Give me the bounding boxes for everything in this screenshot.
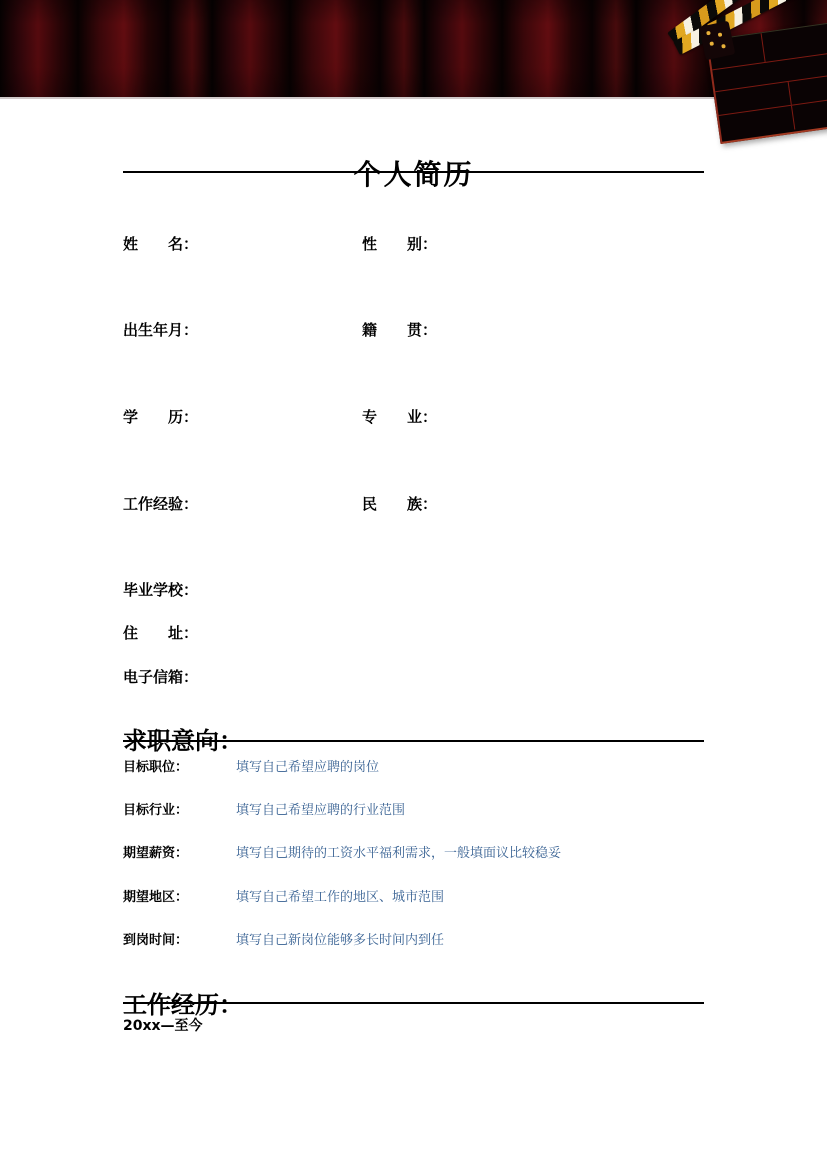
job-intention-divider <box>123 740 704 742</box>
field-label-birthdate: 出生年月： <box>123 319 198 340</box>
section-heading-job-intention: 求职意向： <box>123 721 243 756</box>
hinge-screw-icon <box>718 32 723 37</box>
clapperboard-divider <box>760 33 765 62</box>
clapperboard-divider <box>791 106 795 130</box>
work-history-entry-period: 20xx—至今 <box>123 1015 203 1035</box>
field-label-ethnicity: 民 族： <box>362 493 437 514</box>
work-history-divider <box>123 1002 704 1004</box>
field-label-school: 毕业学校： <box>123 579 198 600</box>
field-label-email: 电子信箱： <box>123 666 198 687</box>
ji-value-start-time: 填写自己新岗位能够多长时间内到任 <box>236 929 444 948</box>
field-label-address: 住 址： <box>123 622 198 643</box>
field-label-gender: 性 别： <box>362 233 437 254</box>
field-label-experience: 工作经验： <box>123 493 198 514</box>
title-divider <box>123 171 704 173</box>
ji-label-target-industry: 目标行业： <box>123 799 188 818</box>
clapperboard-divider <box>787 82 791 105</box>
ji-label-target-position: 目标职位： <box>123 756 188 775</box>
field-label-education: 学 历： <box>123 406 198 427</box>
ji-value-expected-salary: 填写自己期待的工资水平福利需求，一般填面议比较稳妥 <box>236 842 561 861</box>
field-label-name: 姓 名： <box>123 233 198 254</box>
ji-label-expected-region: 期望地区： <box>123 886 188 905</box>
resume-document-page: 个人简历 姓 名： 性 别： 出生年月： 籍 贯： 学 历： 专 业： 工作经验… <box>0 0 827 1170</box>
clapperboard-image <box>692 0 827 160</box>
ji-value-target-position: 填写自己希望应聘的岗位 <box>236 756 379 775</box>
ji-value-expected-region: 填写自己希望工作的地区、城市范围 <box>236 886 444 905</box>
ji-value-target-industry: 填写自己希望应聘的行业范围 <box>236 799 405 818</box>
ji-label-start-time: 到岗时间： <box>123 929 188 948</box>
field-label-hometown: 籍 贯： <box>362 319 437 340</box>
hinge-screw-icon <box>706 31 711 36</box>
field-label-major: 专 业： <box>362 406 437 427</box>
ji-label-expected-salary: 期望薪资： <box>123 842 188 861</box>
clapperboard-body <box>706 21 827 144</box>
